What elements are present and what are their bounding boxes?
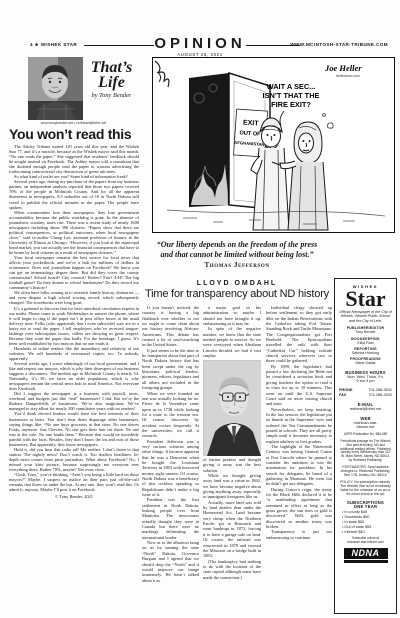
masthead-name: Star (335, 289, 396, 308)
article-column-1: If you haven’t noticed, the country is h… (142, 305, 199, 614)
column-byline: by Tony Bender (84, 92, 139, 99)
body-paragraph: Transparency is just too embarrassing to… (266, 529, 332, 540)
speech-line1: WAIT A SEC... (267, 82, 316, 91)
article-column-2: a major goal in his administration so ma… (203, 305, 261, 614)
body-paragraph: When communities lose their newspapers, … (9, 210, 139, 255)
body-paragraph: Individual clergy showed up before settl… (266, 305, 332, 364)
cartoon-art: Joe Heller hellertoon.com EXIT OUT OF AF… (153, 58, 394, 232)
body-paragraph: Several weeks ago, I wrote admiringly of… (9, 361, 139, 391)
body-paragraph: “Gosh, Tony,” you’re thinking, “Aren’t y… (9, 472, 139, 492)
ink-swirl (327, 123, 333, 128)
postmaster-notice: POSTMASTER: Send address changes to: Red… (339, 466, 392, 478)
column2-top-text: a major goal in his administration so ma… (203, 305, 261, 359)
body-paragraph: © Tony Bender, 2021 (9, 494, 139, 499)
column-title-line1: That’s (84, 60, 139, 75)
column-title-line2: Life (84, 75, 139, 90)
postage-notice: Periodicals postage for The Wishek Star … (339, 440, 392, 463)
body-paragraph: The Ashley Tribune turned 120 years old … (9, 144, 139, 174)
web-address-line2: tribune.net (335, 425, 396, 430)
body-paragraph: In spite of the negative number, we knew… (203, 326, 261, 358)
quote-line1: “Our liberty depends on the freedom of t… (142, 240, 332, 250)
body-paragraph: (The bankruptcy had nothing to do with t… (203, 559, 261, 580)
staff-entry: Sabrina Hornung (335, 351, 396, 355)
body-paragraph: When we were founded no one was actually… (142, 391, 199, 439)
body-paragraph: If you haven’t noticed, the country is h… (142, 305, 199, 348)
staff-entry: Tony Bender (335, 330, 396, 334)
body-paragraph: The highlight of the Nineteenth Century … (266, 444, 332, 487)
thats-life-body: The Ashley Tribune turned 120 years old … (9, 144, 139, 554)
masthead-box: WISHEK Star Official Newspaper of the Ci… (334, 278, 397, 614)
usps-number: USPS Publication No. 686-680 (339, 433, 392, 437)
column-title-block: That’s Life by Tony Bender (84, 60, 139, 99)
article-column-3: Individual clergy showed up before settl… (266, 305, 332, 614)
fax-row: FAX 701-288-3532 (335, 393, 396, 398)
portrait-photo-art (28, 57, 83, 120)
body-paragraph: Did I suggest the newspaper is a busines… (9, 391, 139, 411)
column2-bottom-text: of barren prairies and thought giving it… (203, 457, 261, 580)
business-hours-time: 9 am-3 pm (335, 379, 396, 384)
lloyd-omdahl-photo (203, 360, 261, 456)
staff-entry: Elliot Rust (335, 341, 396, 345)
subscribe-online-line2: mcintosh-star-tribune.com (339, 541, 392, 545)
thats-life-headline: You won’t read this (9, 126, 140, 142)
body-paragraph: Several years ago, during my purchase of… (9, 179, 139, 209)
body-paragraph: Now as to the albatross hung on us by na… (142, 540, 199, 583)
body-paragraph: Hundreds of online readers like the imme… (9, 346, 139, 361)
body-paragraph: Your local newspaper remains the best so… (9, 255, 139, 290)
subscription-rate: • Internet $40 (342, 530, 396, 535)
fax-number: 701-288-3532 (368, 393, 392, 398)
official-newspaper-note: Official Newspaper of the City of Wishek… (339, 310, 392, 323)
ink-dot (323, 114, 326, 117)
speech-line3: FIRE EXIT? (271, 100, 311, 109)
omdahl-byline: LLOYD OMDAHL (142, 280, 332, 287)
omdahl-headline: Time for transparency about ND history (142, 288, 332, 300)
body-paragraph: Nevertheless, we keep insisting. In the … (266, 407, 332, 444)
body-paragraph: During Custer’s reign, the treaty for th… (266, 487, 332, 530)
body-paragraph: By 1899, the legislature had passed a la… (266, 364, 332, 407)
body-paragraph: It’s a godsend to discover that we have … (9, 306, 139, 346)
body-paragraph: You’d think elected leaders would have t… (9, 411, 139, 446)
email-address: redhead@drtel.net (335, 407, 396, 412)
body-paragraph: Actually, more land was sold by land dea… (203, 500, 261, 559)
body-paragraph: President Jefferson was a very curious s… (142, 439, 199, 498)
cartoonist-website: hellertoon.com (336, 74, 360, 78)
staff-entry: Marie Dallas (335, 361, 396, 365)
quote-attribution: Thomas Jefferson (142, 261, 332, 269)
speech-line2: ISN’T THAT THE (263, 91, 320, 100)
portrait-photo-art (203, 360, 261, 456)
subscriptions-title-line2: ONE YEAR (335, 505, 396, 509)
jefferson-quote: “Our liberty depends on the freedom of t… (142, 240, 332, 269)
staff-list: PUBLISHER/EDITORTony BenderBOOKKEEPINGEl… (335, 326, 396, 366)
body-paragraph: a major goal in his administration so ma… (203, 305, 261, 326)
fax-label: FAX (339, 393, 346, 398)
author-contact-line: www.tonybender.net • redhead@drtel.net (8, 121, 139, 125)
omdahl-article: If you haven’t noticed, the country is h… (142, 305, 332, 614)
ndna-logo-text: NDNA (344, 548, 388, 559)
body-paragraph: While we thought giving away land was a … (203, 473, 261, 500)
tony-bender-photo (28, 57, 83, 120)
newspaper-opinion-page: 4 ★ WISHEK STAR OPINION WWW.MCINTOSH-STA… (0, 0, 400, 618)
body-paragraph: of barren prairies and thought giving it… (203, 457, 261, 473)
website-url: WWW.MCINTOSH-STAR-TRIBUNE.COM (290, 42, 388, 47)
body-paragraph: Hold it, did you hear that radio ad? Me … (9, 447, 139, 472)
policy-notice: POLICY: No subscription refunds. The Wis… (339, 481, 392, 497)
quote-line2: and that cannot be limited without being… (142, 250, 332, 260)
door-sign-line1: EXIT (243, 119, 260, 127)
ndna-logo: NDNA (344, 548, 388, 563)
cartoonist-signature: Joe Heller (324, 63, 362, 73)
editorial-cartoon: Joe Heller hellertoon.com EXIT OUT OF AF… (152, 57, 395, 233)
body-paragraph: It just seems to be the time to be trans… (142, 348, 199, 391)
ndna-logo-bar (344, 560, 388, 563)
subscription-rates: • In county $45• Snowbirds $50• In state… (335, 510, 396, 535)
body-paragraph: We often have folks coming in to researc… (9, 290, 139, 305)
body-paragraph: Pembina was the first settlement in Nort… (142, 497, 199, 540)
